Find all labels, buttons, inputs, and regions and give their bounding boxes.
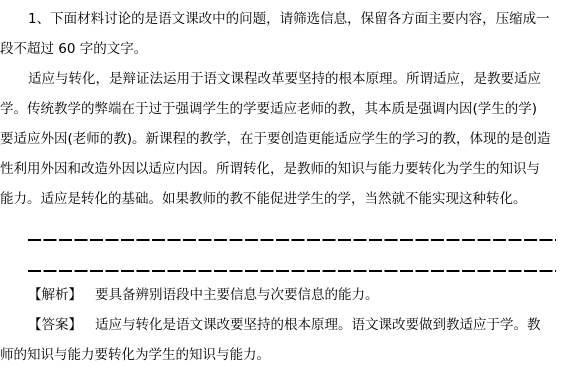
question-line-2: 段不超过 60 字的文字。 (0, 34, 567, 64)
material-line-5: 能力。适应是转化的基础。如果教师的教不能促进学生的学，当然就不能实现这种转化。 (0, 184, 567, 214)
material-line-2: 学。传统教学的弊端在于过于强调学生的学要适应老师的教，其本质是强调内因(学生的学… (0, 94, 567, 124)
material-line-1: 适应与转化，是辩证法运用于语文课程改革要坚持的根本原理。所谓适应，是教要适应 (0, 64, 567, 94)
answer-text-line-2: 师的知识与能力要转化为学生的知识与能力。 (0, 340, 567, 370)
answer-blank-line-2 (28, 270, 556, 272)
material-line-3: 要适应外因(老师的教)。新课程的教学，在于要创造更能适应学生的学习的教，体现的是… (0, 124, 567, 154)
question-paragraph: 1、下面材料讨论的是语文课改中的问题，请筛选信息，保留各方面主要内容，压缩成一 … (0, 4, 567, 64)
answer-label: 【答案】 (28, 317, 82, 333)
answer-blank-line-1 (28, 239, 556, 241)
analysis-paragraph: 【解析】要具备辨别语段中主要信息与次要信息的能力。 (0, 280, 567, 310)
document-page: 1、下面材料讨论的是语文课改中的问题，请筛选信息，保留各方面主要内容，压缩成一 … (0, 0, 567, 374)
analysis-line: 【解析】要具备辨别语段中主要信息与次要信息的能力。 (0, 280, 567, 310)
analysis-text: 要具备辨别语段中主要信息与次要信息的能力。 (95, 287, 379, 303)
question-line-1: 1、下面材料讨论的是语文课改中的问题，请筛选信息，保留各方面主要内容，压缩成一 (0, 4, 567, 34)
analysis-label: 【解析】 (28, 287, 82, 303)
material-paragraph: 适应与转化，是辩证法运用于语文课程改革要坚持的根本原理。所谓适应，是教要适应 学… (0, 64, 567, 214)
answer-line-1: 【答案】适应与转化是语文课改要坚持的根本原理。语文课改要做到教适应于学。教 (0, 310, 567, 340)
material-line-4: 性利用外因和改造外因以适应内因。所谓转化，是教师的知识与能力要转化为学生的知识与 (0, 154, 567, 184)
answer-paragraph: 【答案】适应与转化是语文课改要坚持的根本原理。语文课改要做到教适应于学。教 师的… (0, 310, 567, 370)
answer-text-line-1: 适应与转化是语文课改要坚持的根本原理。语文课改要做到教适应于学。教 (95, 317, 541, 333)
